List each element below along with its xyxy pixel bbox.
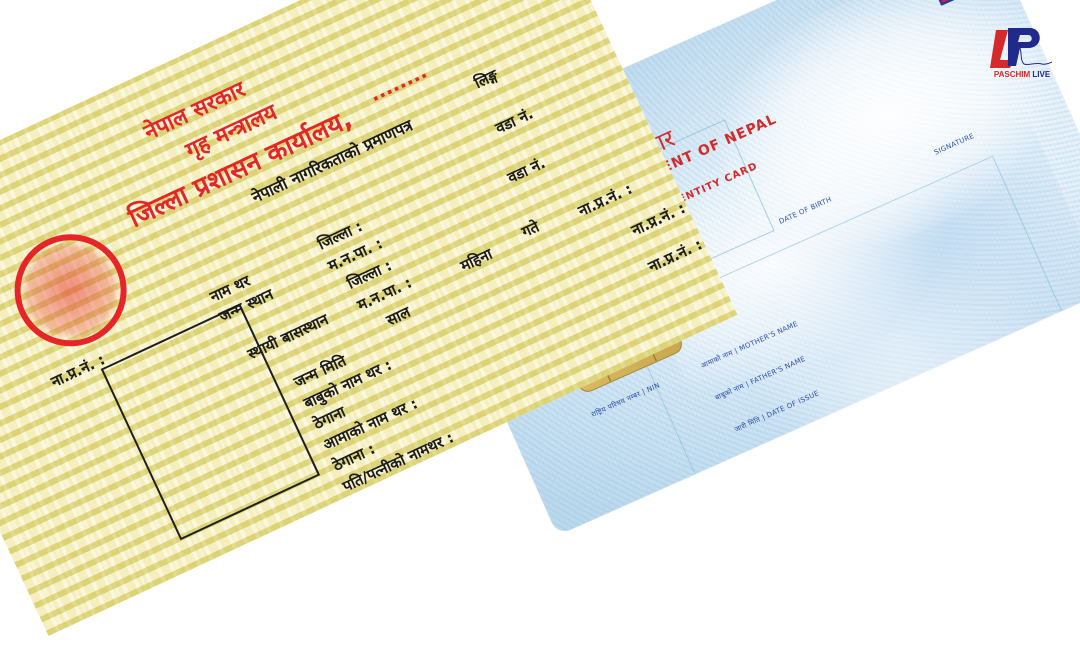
brand-name: PASCHIM LIVE: [982, 70, 1062, 79]
citizenship-certificate: नेपाल सरकार गृह मन्त्रालय जिल्ला प्रशासन…: [0, 0, 737, 636]
brand-name-part1: PASCHIM: [994, 70, 1030, 79]
brand-name-part2: LIVE: [1032, 70, 1050, 79]
lp-monogram-icon: [990, 26, 1052, 70]
paschim-live-logo[interactable]: PASCHIM LIVE: [982, 26, 1062, 86]
